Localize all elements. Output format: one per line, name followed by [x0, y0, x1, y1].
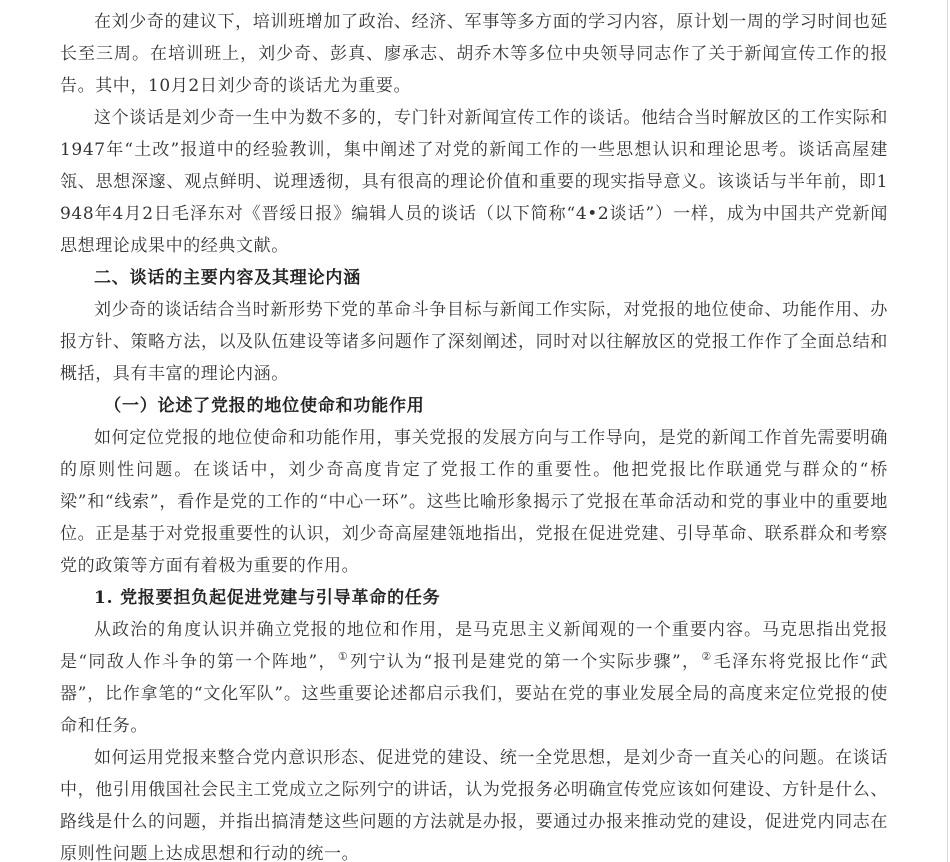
paragraph-talk-significance: 这个谈话是刘少奇一生中为数不多的，专门针对新闻宣传工作的谈话。他结合当时解放区的…	[60, 102, 888, 262]
footnote-marker-1[interactable]: ①	[338, 650, 349, 663]
section-heading-main-content: 二、谈话的主要内容及其理论内涵	[60, 262, 888, 294]
paragraph-training-class: 在刘少奇的建议下，培训班增加了政治、经济、军事等多方面的学习内容，原计划一周的学…	[60, 6, 888, 102]
page-right-border	[947, 0, 948, 862]
paragraph-party-ideology: 如何运用党报来整合党内意识形态、促进党的建设、统一全党思想，是刘少奇一直关心的问…	[60, 742, 888, 862]
paragraph-text-part-b: 列宁认为“报刊是建党的第一个实际步骤”，	[350, 652, 700, 672]
paragraph-party-paper-position: 如何定位党报的地位使命和功能作用，事关党报的发展方向与工作导向，是党的新闻工作首…	[60, 422, 888, 582]
paragraph-section-intro: 刘少奇的谈话结合当时新形势下党的革命斗争目标与新闻工作实际，对党报的地位使命、功…	[60, 294, 888, 390]
subsection-heading-party-paper-role: （一）论述了党报的地位使命和功能作用	[60, 390, 888, 422]
article-body: 在刘少奇的建议下，培训班增加了政治、经济、军事等多方面的学习内容，原计划一周的学…	[60, 6, 888, 862]
footnote-marker-2[interactable]: ②	[701, 650, 712, 663]
paragraph-marxist-view: 从政治的角度认识并确立党报的地位和作用，是马克思主义新闻观的一个重要内容。马克思…	[60, 614, 888, 742]
subsubsection-heading-party-building: 1. 党报要担负起促进党建与引导革命的任务	[60, 582, 888, 614]
